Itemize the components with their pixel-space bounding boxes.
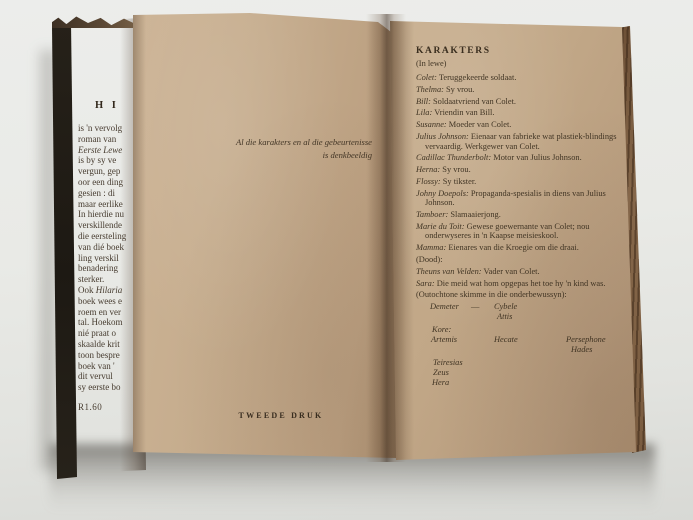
myth-hecate: Hecate xyxy=(494,335,518,344)
dust-jacket-flap: H I is 'n vervolgroman vanEerste Leweis … xyxy=(54,18,146,474)
photo-open-book: H I is 'n vervolgroman vanEerste Leweis … xyxy=(0,0,693,520)
myth-attis: Attis xyxy=(497,312,512,321)
character-entry: Bill: Soldaatvriend van Colet. xyxy=(416,97,626,107)
alive-label: (In lewe) xyxy=(416,59,626,68)
myth-kore: Kore: xyxy=(432,325,451,334)
myth-artemis: Artemis xyxy=(431,335,457,344)
myth-teiresias: Teiresias xyxy=(433,358,463,367)
subconscious-label: (Outochtone skimme in die onderbewussyn)… xyxy=(416,290,626,300)
myth-persephone: Persephone xyxy=(566,335,606,344)
character-entry: Johny Doepols: Propaganda-spesialis in d… xyxy=(416,189,626,208)
flyleaf-page: Al die karakters en al die gebeurtenisse… xyxy=(126,12,398,462)
character-entry: Sara: Die meid wat hom opgepas het toe h… xyxy=(416,279,626,289)
mythology-names: Demeter — Cybele Attis Kore: Artemis Hec… xyxy=(416,302,626,386)
epigraph: Al die karakters en al die gebeurtenisse… xyxy=(162,136,372,162)
myth-hera: Hera xyxy=(432,378,449,387)
character-entry: Julius Johnson: Eienaar van fabrieke wat… xyxy=(416,132,626,151)
characters-heading: KARAKTERS xyxy=(416,46,626,56)
characters-text-block: KARAKTERS (In lewe) Colet: Teruggekeerde… xyxy=(416,46,626,386)
character-entry: Lila: Vriendin van Bill. xyxy=(416,108,626,118)
character-entry: Theuns van Velden: Vader van Colet. xyxy=(416,267,626,277)
characters-page: KARAKTERS (In lewe) Colet: Teruggekeerde… xyxy=(388,18,646,462)
character-entry: Thelma: Sy vrou. xyxy=(416,85,626,95)
myth-demeter: Demeter xyxy=(430,302,459,311)
character-entry: Herna: Sy vrou. xyxy=(416,165,626,175)
dead-label: (Dood): xyxy=(416,255,626,265)
myth-cybele: Cybele xyxy=(494,302,517,311)
character-entry: Marie du Toit: Gewese goewernante van Co… xyxy=(416,222,626,241)
torn-jacket-edge xyxy=(52,15,142,28)
character-entry: Susanne: Moeder van Colet. xyxy=(416,120,626,130)
dead-character-list: Theuns van Velden: Vader van Colet.Sara:… xyxy=(416,267,626,288)
epigraph-line-1: Al die karakters en al die gebeurtenisse xyxy=(162,136,372,149)
myth-zeus: Zeus xyxy=(433,368,449,377)
myth-dash: — xyxy=(471,302,479,311)
character-entry: Tamboer: Slamaaierjong. xyxy=(416,210,626,220)
epigraph-line-2: is denkbeeldig xyxy=(162,149,372,162)
alive-character-list: Colet: Teruggekeerde soldaat.Thelma: Sy … xyxy=(416,73,626,253)
myth-hades: Hades xyxy=(571,345,592,354)
character-entry: Colet: Teruggekeerde soldaat. xyxy=(416,73,626,83)
character-entry: Mamma: Eienares van die Kroegie om die d… xyxy=(416,243,626,253)
character-entry: Cadillac Thunderbolt: Motor van Julius J… xyxy=(416,153,626,163)
character-entry: Flossy: Sy tikster. xyxy=(416,177,626,187)
edition-notice: TWEEDE DRUK xyxy=(221,411,341,420)
